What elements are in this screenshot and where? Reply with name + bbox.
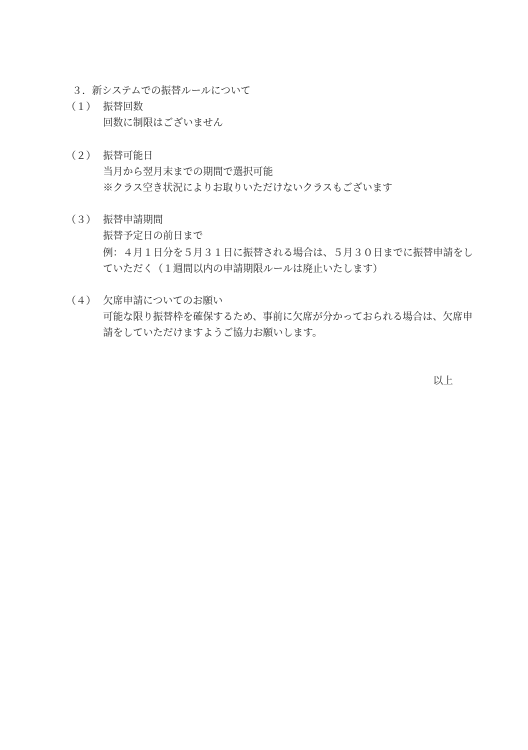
item-1-line-1: 回数に制限はございません xyxy=(103,118,223,130)
document-page: ３．新システムでの振替ルールについて （１） 振替回数 回数に制限はございません… xyxy=(0,0,528,750)
item-3-line-2: 例：４月１日分を５月３１日に振替される場合は、５月３０日までに振替申請をし xyxy=(103,248,473,260)
item-3-line-1: 振替予定日の前日まで xyxy=(103,231,203,243)
item-2-title: 振替可能日 xyxy=(103,151,153,163)
item-3-title: 振替申請期間 xyxy=(103,215,163,227)
item-2-label: （２） xyxy=(66,151,96,163)
closing-text: 以上 xyxy=(433,376,453,388)
item-2-line-2: ※クラス空き状況によりお取りいただけないクラスもございます xyxy=(103,183,392,195)
item-4-line-1: 可能な限り振替枠を確保するため、事前に欠席が分かっておられる場合は、欠席申 xyxy=(103,312,473,324)
item-1-title: 振替回数 xyxy=(103,102,143,114)
item-3-line-3: ていただく（１週間以内の申請期限ルールは廃止いたします） xyxy=(103,264,383,276)
item-4-title: 欠席申請についてのお願い xyxy=(103,296,223,308)
item-3-label: （３） xyxy=(66,215,96,227)
section-heading: ３．新システムでの振替ルールについて xyxy=(72,86,251,98)
item-4-line-2: 請をしていただけますようご協力お願いします。 xyxy=(103,328,322,340)
item-1-label: （１） xyxy=(66,102,96,114)
item-4-label: （４） xyxy=(66,296,96,308)
item-2-line-1: 当月から翌月末までの期間で選択可能 xyxy=(103,167,273,179)
